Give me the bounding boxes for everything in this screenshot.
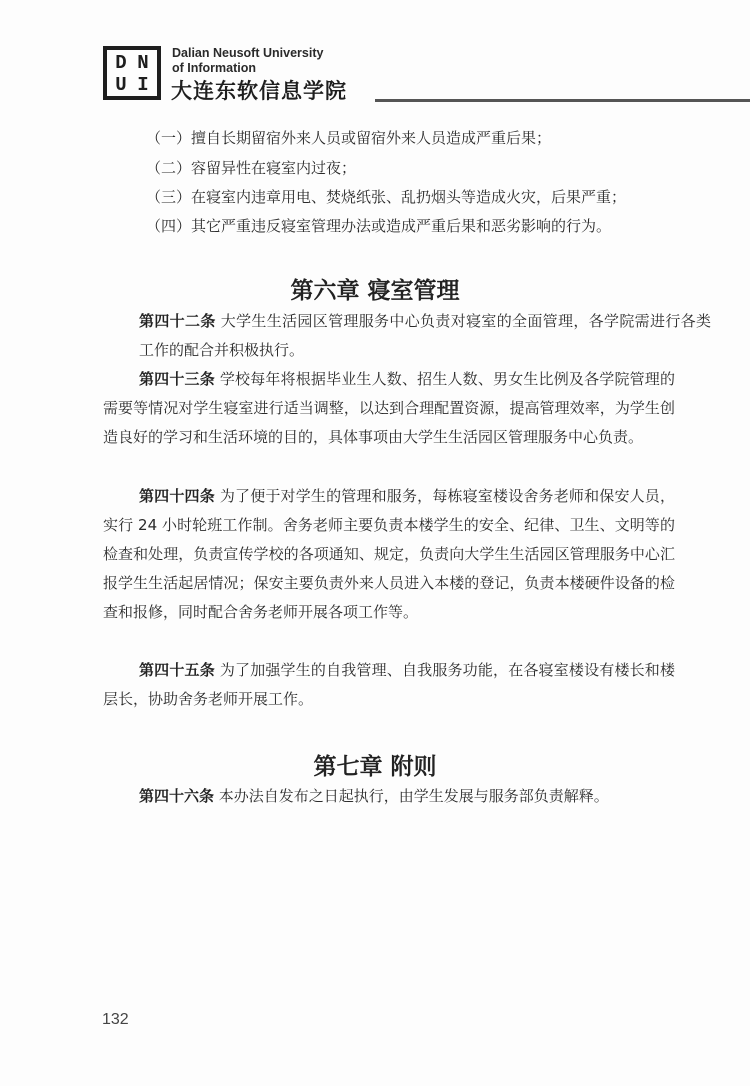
- article-label: 第四十二条: [139, 312, 216, 330]
- list-item: （四）其它严重违反寝室管理办法或造成严重后果和恶劣影响的行为。: [146, 216, 611, 236]
- page-number: 132: [102, 1011, 129, 1029]
- article-label: 第四十六条: [139, 787, 214, 805]
- article-44: 第四十四条 为了便于对学生的管理和服务，每栋寝室楼设舍务老师和保安人员，实行 2…: [103, 482, 675, 627]
- university-name-cn: 大连东软信息学院: [171, 78, 347, 104]
- logo-letter: D: [110, 52, 132, 74]
- article-text: 大学生生活园区管理服务中心负责对寝室的全面管理，各学院需进行各类工作的配合并积极…: [139, 312, 711, 359]
- article-label: 第四十三条: [139, 370, 215, 388]
- article-45: 第四十五条 为了加强学生的自我管理、自我服务功能，在各寝室楼设有楼长和楼层长，协…: [103, 656, 675, 714]
- header-divider: [375, 99, 750, 102]
- article-text: 本办法自发布之日起执行，由学生发展与服务部负责解释。: [214, 787, 609, 805]
- chapter-title: 第七章 附则: [0, 748, 750, 781]
- list-item: （三）在寝室内违章用电、焚烧纸张、乱扔烟头等造成火灾，后果严重；: [146, 187, 626, 207]
- article-42: 第四十二条 大学生生活园区管理服务中心负责对寝室的全面管理，各学院需进行各类工作…: [103, 307, 711, 365]
- logo-letter: I: [132, 74, 154, 96]
- article-label: 第四十四条: [139, 487, 215, 505]
- logo-letter: U: [110, 74, 132, 96]
- article-43: 第四十三条 学校每年将根据毕业生人数、招生人数、男女生比例及各学院管理的需要等情…: [103, 365, 675, 452]
- university-name-en-line1: Dalian Neusoft University: [172, 46, 323, 61]
- chapter-title: 第六章 寝室管理: [0, 272, 750, 305]
- article-label: 第四十五条: [139, 661, 215, 679]
- university-name-en: Dalian Neusoft University of Information: [172, 46, 323, 76]
- university-name-en-line2: of Information: [172, 61, 323, 76]
- article-46: 第四十六条 本办法自发布之日起执行，由学生发展与服务部负责解释。: [103, 782, 675, 811]
- logo-letter: N: [132, 52, 154, 74]
- list-item: （一）擅自长期留宿外来人员或留宿外来人员造成严重后果；: [146, 128, 551, 148]
- article-text: 为了便于对学生的管理和服务，每栋寝室楼设舍务老师和保安人员，实行 24 小时轮班…: [103, 487, 675, 621]
- logo-mark: D N U I: [103, 46, 161, 100]
- list-item: （二）容留异性在寝室内过夜；: [146, 158, 356, 178]
